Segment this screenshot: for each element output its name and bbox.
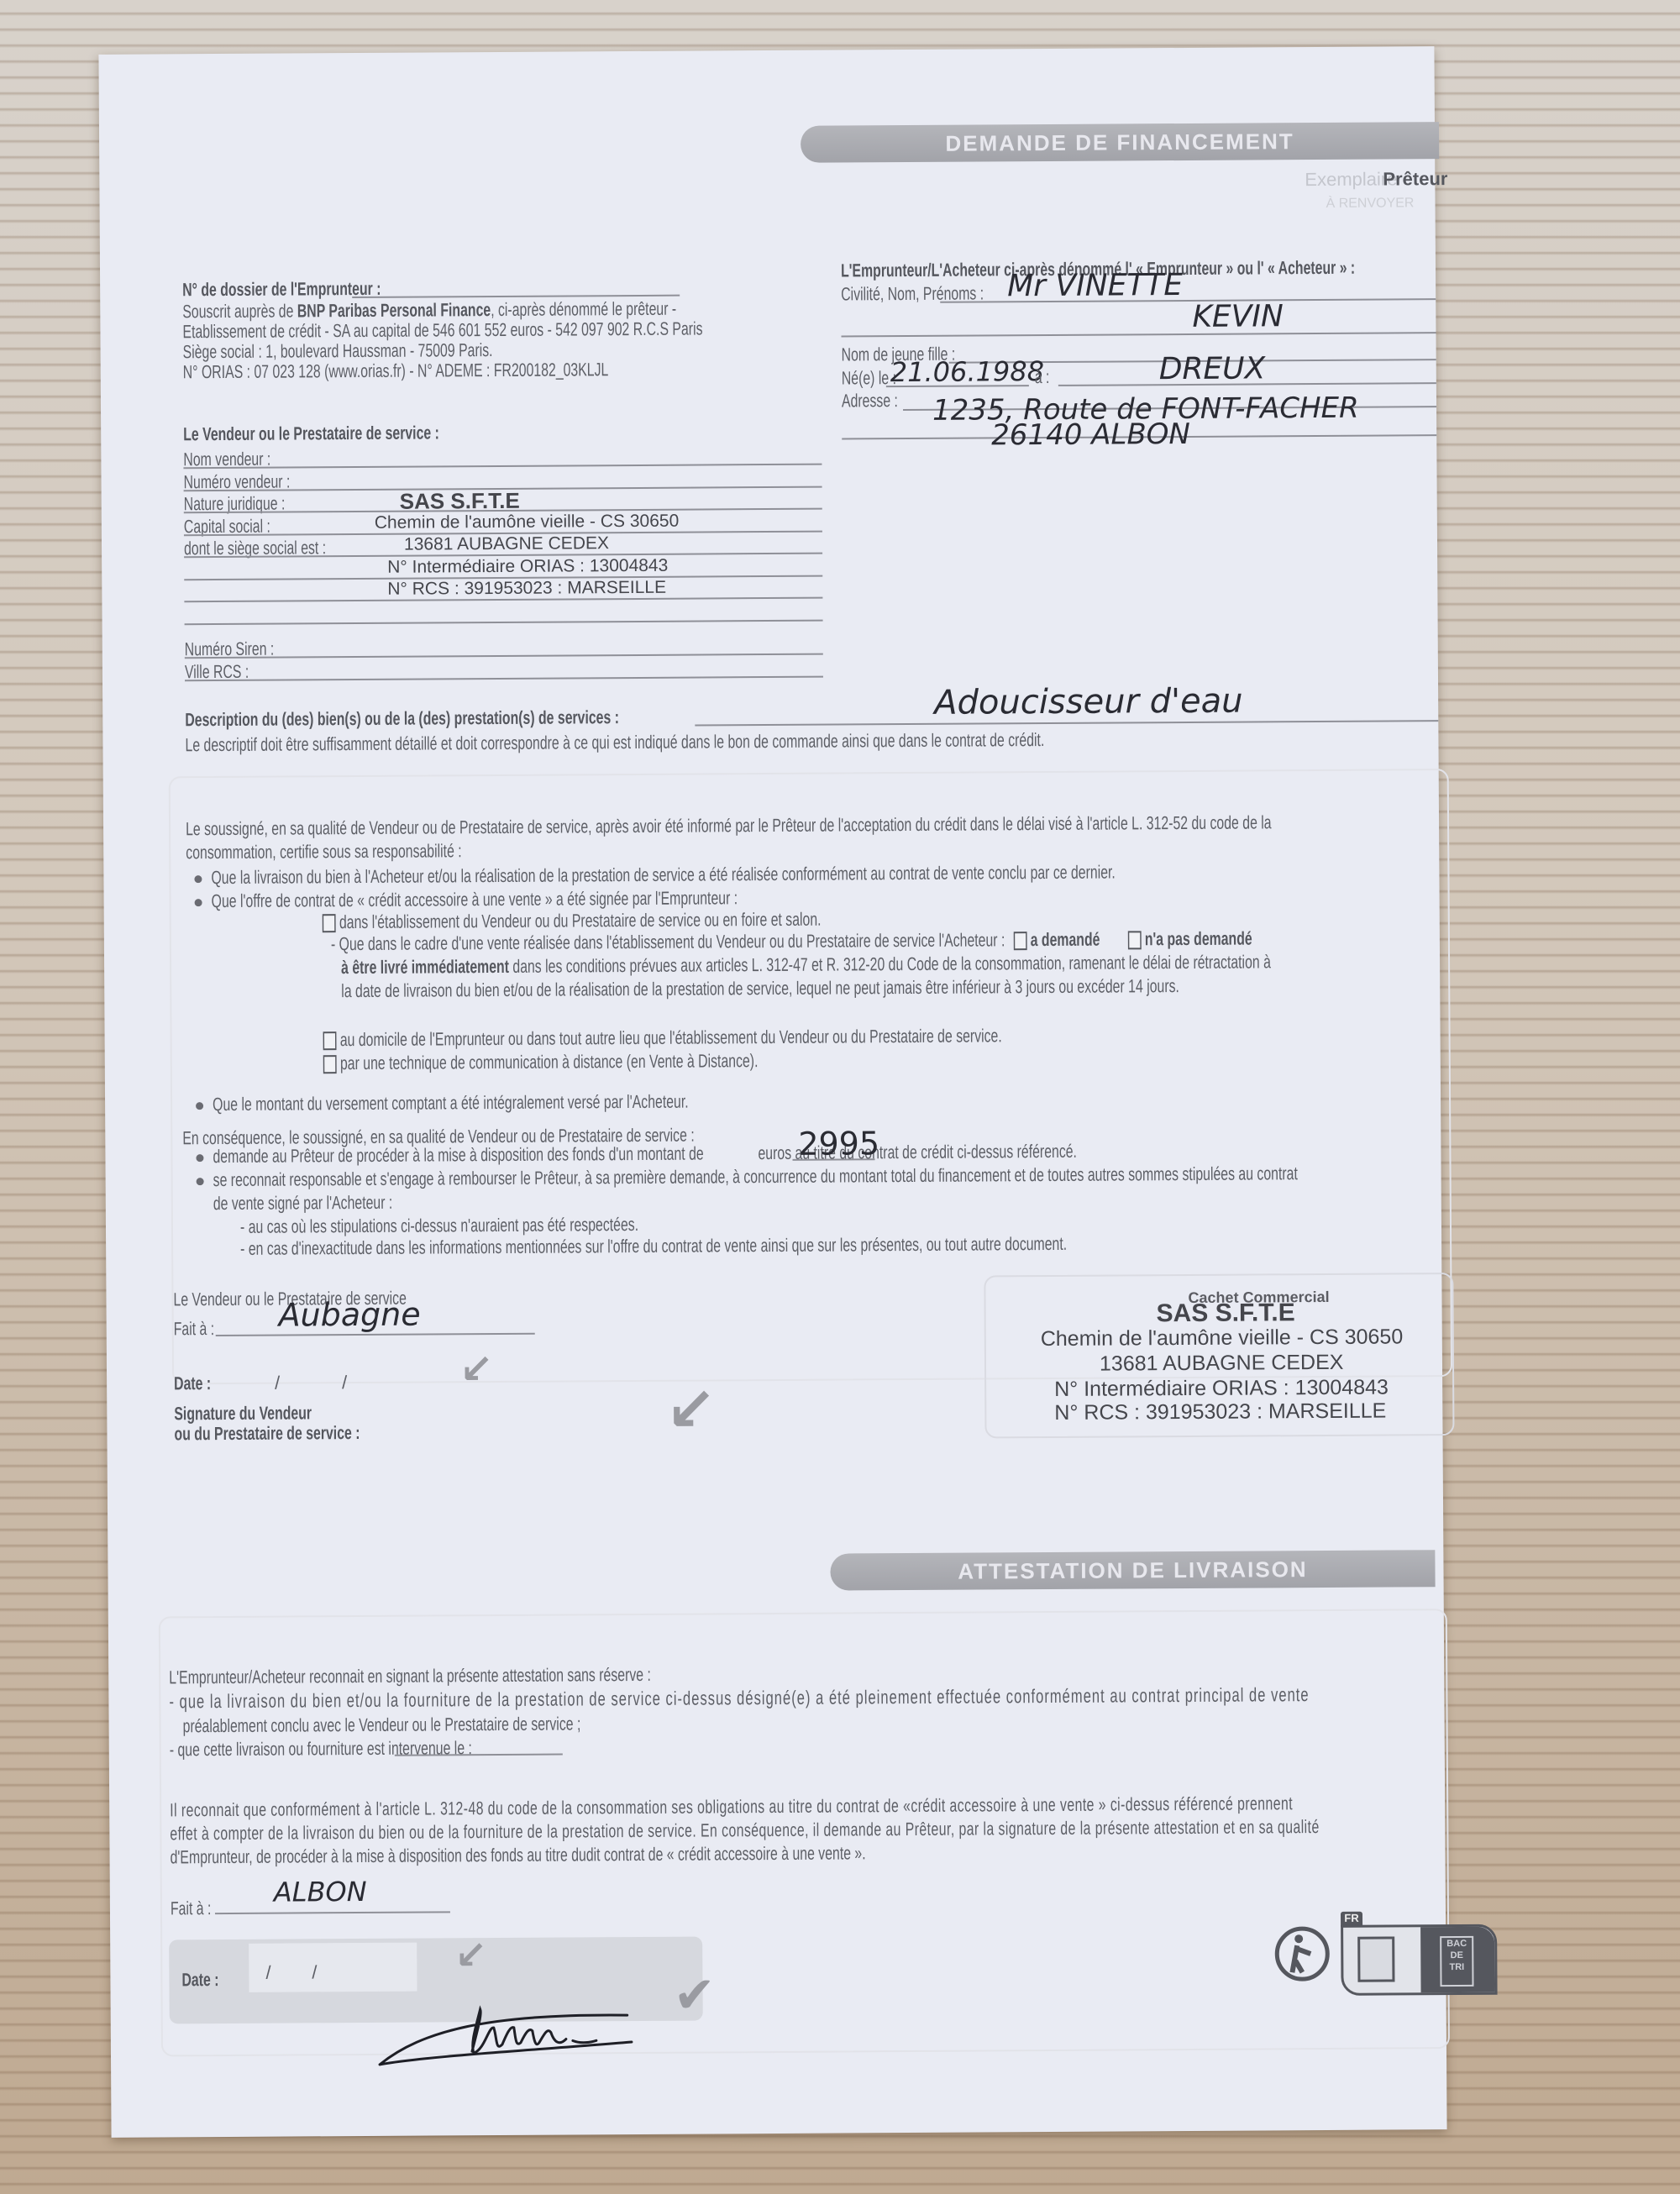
paper-document: DEMANDE DE FINANCEMENT Exemplaire Prêteu… (98, 46, 1446, 2138)
title-banner: DEMANDE DE FINANCEMENT (801, 122, 1439, 163)
checkbox-not-asked[interactable] (1128, 932, 1142, 950)
bullet (194, 875, 202, 883)
vendor-date-sep: / (275, 1373, 280, 1394)
delivery-banner: ATTESTATION DE LIVRAISON (830, 1550, 1435, 1590)
bullet (196, 1102, 203, 1110)
borrower-name-value: Mr VINETTE (1007, 268, 1183, 303)
return-label: À RENVOYER (1326, 196, 1415, 212)
option-home[interactable]: au domicile de l'Emprunteur ou dans tout… (323, 1025, 1002, 1051)
cert-bullet-5-cont: de vente signé par l'Acheteur : (213, 1192, 393, 1215)
lender-line-4: N° ORIAS : 07 023 128 (www.orias.fr) - N… (183, 359, 609, 383)
borrower-signature (371, 1992, 641, 2077)
vendor-date-sep: / (342, 1372, 347, 1394)
address-label: Adresse : (842, 390, 898, 412)
checkbox-asked[interactable] (1013, 932, 1026, 950)
delivery-place-label: Fait à : (171, 1897, 212, 1919)
stamp-line-3: N° Intermédiaire ORIAS : 13004843 (1054, 1376, 1389, 1402)
delivery-intro: L'Emprunteur/Acheteur reconnait en signa… (169, 1664, 651, 1689)
triman-recycling-icon (1273, 1920, 1332, 1987)
vendor-field-input[interactable] (185, 653, 823, 659)
vendor-place-value: Aubagne (278, 1296, 420, 1334)
cert-bullet-2: Que l'offre de contrat de « crédit acces… (212, 887, 738, 912)
description-note: Le descriptif doit être suffisamment dét… (185, 729, 1044, 756)
bullet (195, 899, 202, 906)
borrower-firstname-value: KEVIN (1192, 299, 1284, 334)
birth-date-value: 21.06.1988 (890, 355, 1044, 388)
vendor-signature-label-1: Signature du Vendeur (174, 1402, 312, 1425)
description-value: Adoucisseur d'eau (934, 682, 1243, 722)
vendor-field-input[interactable] (183, 464, 822, 470)
copy-label: Prêteur (1383, 168, 1447, 190)
amount-value: 2995 (798, 1125, 879, 1163)
borrower-name-field-2[interactable] (842, 332, 1436, 337)
stamp-line-1: Chemin de l'aumône vieille - CS 30650 (1041, 1325, 1404, 1352)
checkmark-icon: ✔ (673, 1966, 716, 2024)
bullet (197, 1178, 204, 1185)
stamp-line-0: SAS S.F.T.E (1157, 1299, 1295, 1328)
cert-dash-1: - au cas où les stipulations ci-dessus n… (240, 1214, 638, 1238)
address-value-2: 26140 ALBON (991, 417, 1190, 452)
title-banner-text: DEMANDE DE FINANCEMENT (945, 129, 1294, 157)
sorting-bin-icon: BAC DE TRI (1440, 1936, 1473, 1987)
delivery-line-1-cont: préalablement conclu avec le Vendeur ou … (183, 1713, 581, 1737)
vendor-field-value: Chemin de l'aumône vieille - CS 30650 (375, 512, 680, 533)
delivery-date-sep: / (312, 1961, 317, 1983)
sign-here-arrow-icon: ↙ (665, 1373, 717, 1444)
cert-bullet-3: Que le montant du versement comptant a é… (213, 1091, 689, 1115)
vendor-fields: Nom vendeur :Numéro vendeur :Nature juri… (98, 46, 1434, 55)
delivery-date-input[interactable] (249, 1943, 417, 1992)
stamp-line-2: 13681 AUBAGNE CEDEX (1100, 1351, 1344, 1377)
birthplace-label: à : (1035, 366, 1050, 388)
vendor-signature-label-2: ou du Prestataire de service : (174, 1422, 360, 1445)
birthplace-value: DREUX (1159, 351, 1266, 386)
option-distance[interactable]: par une technique de communication à dis… (323, 1050, 759, 1074)
dossier-label: N° de dossier de l'Emprunteur : (182, 278, 381, 301)
checkbox-distance[interactable] (323, 1055, 337, 1073)
checkbox-establishment[interactable] (323, 914, 336, 932)
vendor-field-value: SAS S.F.T.E (400, 488, 520, 515)
sign-here-arrow-icon: ↙ (459, 1346, 494, 1393)
delivery-place-value: ALBON (274, 1876, 367, 1908)
checkbox-home[interactable] (323, 1031, 337, 1050)
delivery-para-3: d'Emprunteur, de procéder à la mise à di… (170, 1842, 865, 1868)
option-establishment[interactable]: dans l'établissement du Vendeur ou du Pr… (323, 909, 822, 934)
vendor-field-input[interactable] (185, 620, 823, 626)
vendor-field-value: N° RCS : 391953023 : MARSEILLE (387, 578, 666, 600)
vendor-heading: Le Vendeur ou le Prestataire de service … (183, 422, 439, 445)
bullet (196, 1154, 203, 1162)
vendor-place-label: Fait à : (174, 1318, 215, 1340)
sign-here-arrow-icon: ↙ (454, 1932, 487, 1977)
delivery-banner-text: ATTESTATION DE LIVRAISON (958, 1556, 1308, 1585)
vendor-field-value: 13681 AUBAGNE CEDEX (404, 533, 609, 554)
vendor-date-label: Date : (174, 1373, 211, 1394)
vendor-field-value: N° Intermédiaire ORIAS : 13004843 (387, 556, 668, 578)
stamp-line-4: N° RCS : 391953023 : MARSEILLE (1054, 1399, 1386, 1425)
cert-intro-2: consommation, certifie sous sa responsab… (186, 840, 462, 863)
recycling-logos: FR BAC DE TRI (1341, 1911, 1442, 1987)
vendor-field-input[interactable] (185, 676, 823, 682)
paper-document-icon (1357, 1936, 1394, 1981)
delivery-date-sep: / (265, 1962, 270, 1984)
delivery-date-label: Date : (181, 1969, 218, 1991)
description-label: Description du (des) bien(s) ou de la (d… (185, 706, 619, 731)
delivery-line-2: - que cette livraison ou fourniture est … (170, 1737, 472, 1761)
